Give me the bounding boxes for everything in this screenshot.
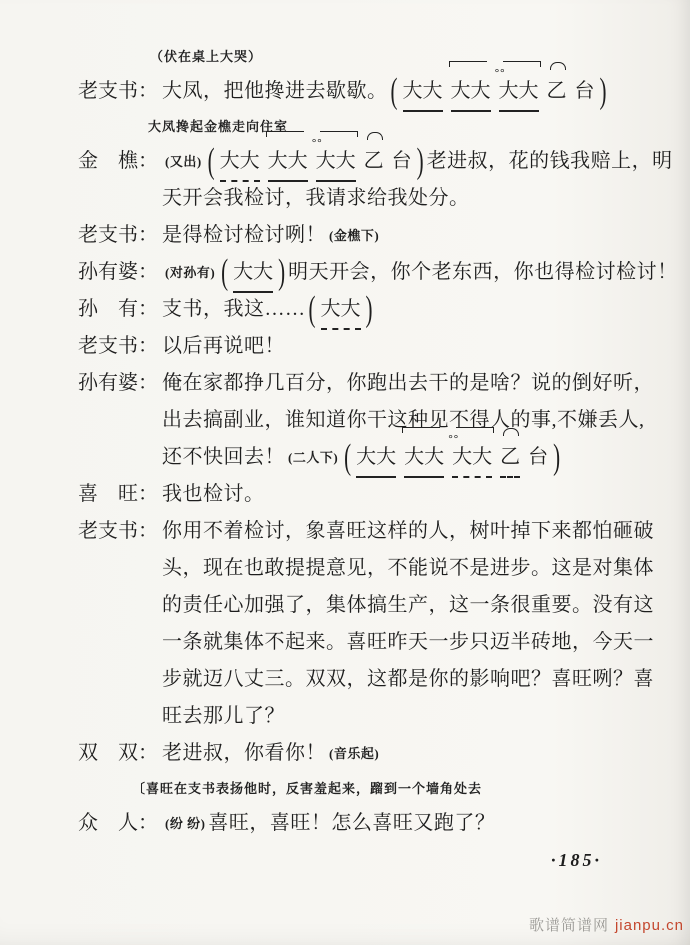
stage-direction-inline: (对孙有) — [165, 265, 215, 280]
dialogue-text: 的责任心加强了，集体搞生产，这一条很重要。没有这 — [162, 594, 654, 616]
stage-direction-inline: (二人下) — [288, 450, 338, 465]
dialogue-text: 老进叔，你看你！ — [162, 742, 326, 764]
percussion-notation: (大大) — [220, 254, 286, 293]
tie-arc-mark — [503, 428, 519, 436]
watermark-site-url: jianpu.cn — [615, 917, 684, 934]
stage-direction-line: 大凤搀起金樵走向住室 — [0, 110, 690, 143]
script-line: 孙有婆：俺在家都挣几百分，你跑出去干的是啥？说的倒好听， — [0, 365, 690, 402]
percussion-notation: (大大大大大大乙台) — [207, 143, 425, 182]
percussion-syllable: 乙 — [500, 439, 520, 478]
percussion-syllable: 大大 — [452, 439, 492, 478]
tie-arc-mark — [367, 132, 383, 140]
stage-direction-inline: (纷 纷) — [165, 816, 205, 831]
speaker-name: 众 人： — [78, 805, 162, 842]
script-line: 还不快回去！(二人下)(大大大大大大乙台) — [0, 439, 690, 476]
percussion-syllable: 大大 — [451, 73, 491, 112]
percussion-syllable: 大大 — [321, 291, 361, 330]
watermark-site-name: 歌谱简谱网 — [529, 917, 609, 934]
dialogue-text: 我也检讨。 — [162, 483, 265, 505]
dialogue-text: 你用不着检讨，象喜旺这样的人，树叶掉下来都怕砸破 — [162, 520, 654, 542]
percussion-syllable: 台 — [528, 439, 548, 476]
script-line: 的责任心加强了，集体搞生产，这一条很重要。没有这 — [0, 587, 690, 624]
percussion-syllable: 大大 — [220, 143, 260, 182]
speaker-name: 孙有婆： — [78, 254, 162, 291]
script-line: 头，现在也敢提提意见，不能说不是进步。这是对集体 — [0, 550, 690, 587]
notation-close-paren: ) — [553, 426, 560, 489]
script-line: 孙 有：支书，我这……(大大) — [0, 291, 690, 328]
script-line: 天开会我检讨，我请求给我处分。 — [0, 180, 690, 217]
script-line: 老支书：以后再说吧！ — [0, 328, 690, 365]
dialogue-text: 旺去那儿了？ — [162, 705, 285, 727]
dialogue-text: 步就迈八丈三。双双，这都是你的影响吧？喜旺咧？喜 — [162, 668, 654, 690]
notation-close-paren: ) — [417, 130, 424, 193]
percussion-notation: (大大大大大大乙台) — [390, 73, 608, 112]
percussion-syllable: 大大 — [233, 254, 273, 293]
speaker-name: 老支书： — [78, 217, 162, 254]
script-line: 老支书：你用不着检讨，象喜旺这样的人，树叶掉下来都怕砸破 — [0, 513, 690, 550]
speaker-name: 老支书： — [78, 513, 162, 550]
watermark: 歌谱简谱网jianpu.cn — [529, 914, 684, 935]
script-body: （伏在桌上大哭）老支书：大凤，把他搀进去歇歇。(大大大大大大乙台)大凤搀起金樵走… — [0, 0, 690, 842]
speaker-name: 老支书： — [78, 73, 162, 110]
speaker-name: 老支书： — [78, 328, 162, 365]
script-line: 老支书：是得检讨检讨咧！(金樵下) — [0, 217, 690, 254]
notation-close-paren: ) — [278, 241, 285, 304]
stage-direction-inline: (又出) — [165, 154, 202, 169]
percussion-syllable: 大大 — [403, 73, 443, 112]
percussion-syllable: 台 — [575, 73, 595, 110]
speaker-name: 孙 有： — [78, 291, 162, 328]
dialogue-text: 老进叔，花的钱我赔上，明 — [427, 150, 673, 172]
dialogue-text: 头，现在也敢提提意见，不能说不是进步。这是对集体 — [162, 557, 654, 579]
percussion-syllable: 乙 — [547, 73, 567, 110]
percussion-syllable: 乙 — [364, 143, 384, 180]
script-line: 老支书：大凤，把他搀进去歇歇。(大大大大大大乙台) — [0, 73, 690, 110]
speaker-name: 双 双： — [78, 735, 162, 772]
notation-open-paren: ( — [208, 130, 215, 193]
stage-direction-line: （伏在桌上大哭） — [0, 40, 690, 73]
stage-direction-inline: (金樵下) — [329, 228, 379, 243]
dialogue-text: 以后再说吧！ — [162, 335, 285, 357]
notation-close-paren: ) — [366, 278, 373, 341]
notation-open-paren: ( — [344, 426, 351, 489]
script-line: 旺去那儿了？ — [0, 698, 690, 735]
notation-open-paren: ( — [391, 60, 398, 123]
percussion-syllable: 大大 — [404, 439, 444, 478]
percussion-syllable: 大大 — [268, 143, 308, 182]
notation-open-paren: ( — [221, 241, 228, 304]
scan-page: （伏在桌上大哭）老支书：大凤，把他搀进去歇歇。(大大大大大大乙台)大凤搀起金樵走… — [0, 0, 690, 945]
speaker-name: 金 樵： — [78, 143, 162, 180]
percussion-syllable: 台 — [392, 143, 412, 180]
notation-open-paren: ( — [309, 278, 316, 341]
tie-arc-mark — [550, 62, 566, 70]
script-line: 步就迈八丈三。双双，这都是你的影响吧？喜旺咧？喜 — [0, 661, 690, 698]
script-line: 一条就集体不起来。喜旺昨天一步只迈半砖地，今天一 — [0, 624, 690, 661]
dialogue-text: 还不快回去！ — [162, 446, 285, 468]
script-line: 双 双：老进叔，你看你！(音乐起) — [0, 735, 690, 772]
percussion-notation: (大大大大大大乙台) — [343, 439, 561, 478]
script-line: 孙有婆：(对孙有)(大大)明天开会，你个老东西，你也得检讨检讨！ — [0, 254, 690, 291]
dialogue-text: 是得检讨检讨咧！ — [162, 224, 326, 246]
percussion-syllable: 大大 — [356, 439, 396, 478]
speaker-name: 孙有婆： — [78, 365, 162, 402]
percussion-syllable: 大大 — [316, 143, 356, 182]
script-line: 众 人：(纷 纷)喜旺，喜旺！怎么喜旺又跑了？ — [0, 805, 690, 842]
dialogue-text: 大凤，把他搀进去歇歇。 — [162, 80, 388, 102]
dialogue-text: 明天开会，你个老东西，你也得检讨检讨！ — [288, 261, 678, 283]
percussion-syllable: 大大 — [499, 73, 539, 112]
page-number: ·185· — [0, 850, 690, 871]
dialogue-text: 一条就集体不起来。喜旺昨天一步只迈半砖地，今天一 — [162, 631, 654, 653]
speaker-name: 喜 旺： — [78, 476, 162, 513]
dialogue-text: 喜旺，喜旺！怎么喜旺又跑了？ — [208, 812, 495, 834]
stage-direction-line: 〔喜旺在支书表扬他时，反害羞起来，蹓到一个墙角处去 — [0, 772, 690, 805]
notation-close-paren: ) — [600, 60, 607, 123]
script-line: 金 樵：(又出)(大大大大大大乙台)老进叔，花的钱我赔上，明 — [0, 143, 690, 180]
dialogue-text: 俺在家都挣几百分，你跑出去干的是啥？说的倒好听， — [162, 372, 654, 394]
percussion-notation: (大大) — [308, 291, 374, 330]
stage-direction-inline: (音乐起) — [329, 746, 379, 761]
